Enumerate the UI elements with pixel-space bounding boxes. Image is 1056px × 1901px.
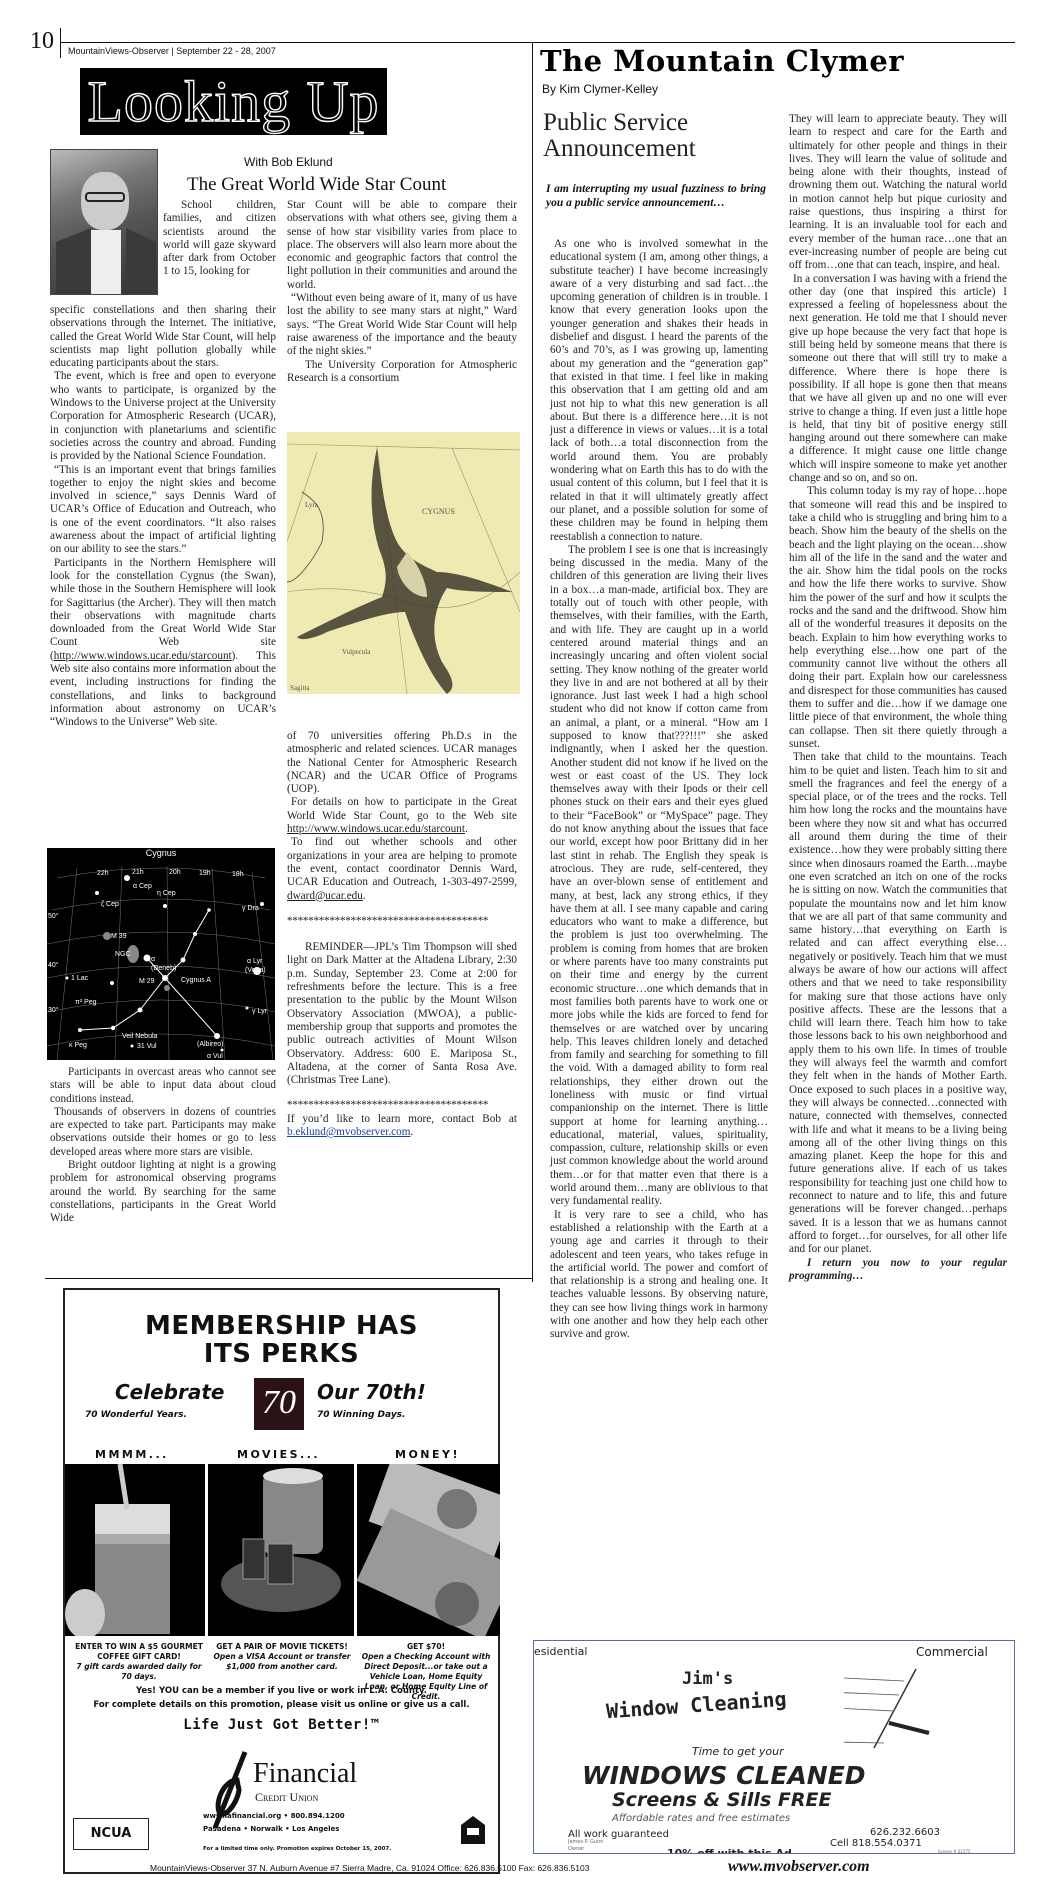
svg-text:Cygnus A: Cygnus A (181, 977, 211, 984)
svg-text:22h: 22h (97, 870, 109, 877)
ad-subhead: Screens & Sills FREE (612, 1789, 831, 1811)
category-label: MOVIES... (237, 1448, 320, 1461)
article-body-middle-bottom: of 70 universities offering Ph.D.s in th… (287, 730, 517, 1139)
paragraph: In a conversation I was having with a fr… (789, 273, 1007, 486)
ad-headline: ITS PERKS (65, 1340, 498, 1368)
cell-number: Cell 818.554.0371 (830, 1838, 922, 1849)
category-label: MMMM... (95, 1448, 169, 1461)
svg-text:(Deneb): (Deneb) (151, 965, 176, 972)
svg-text:M 29: M 29 (139, 978, 155, 985)
svg-text:1 Lac: 1 Lac (71, 975, 89, 982)
brand-name: Financial (253, 1758, 357, 1790)
banner-title: Looking Up (88, 73, 380, 131)
bob-email-link[interactable]: b.eklund@mvobserver.com (287, 1126, 410, 1138)
svg-text:21h: 21h (132, 869, 144, 876)
paragraph: specific constellations and then sharing… (50, 304, 276, 370)
separator: ************************************** (287, 915, 517, 928)
paragraph: “This is an important event that brings … (50, 464, 276, 557)
cygnus-engraving-image: LyraCYGNUSVulpeculaSagitta (287, 432, 520, 694)
byline: With Bob Eklund (244, 155, 333, 169)
window-cleaning-advertisement[interactable]: esidential Commercial Jim's Window Clean… (533, 1640, 1015, 1854)
article-body-beside-photo: School children, families, and citizen s… (163, 199, 276, 279)
paragraph: They will learn to appreciate beauty. Th… (789, 113, 1007, 273)
popcorn-image (208, 1464, 354, 1636)
our70-sub: 70 Winning Days. (317, 1410, 405, 1420)
article-body-left: specific constellations and then sharing… (50, 304, 276, 730)
credit-union-advertisement[interactable]: MEMBERSHIP HAS ITS PERKS Celebrate 70 Wo… (63, 1288, 500, 1874)
starcount-link-2[interactable]: http://www.windows.ucar.edu/starcount (287, 823, 465, 835)
our70-text: Our 70th! (317, 1380, 426, 1404)
equal-housing-icon (460, 1815, 486, 1845)
paragraph: Participants in the Northern Hemisphere … (50, 557, 276, 730)
slogan: Life Just Got Better!™ (65, 1717, 498, 1733)
svg-text:Vulpecula: Vulpecula (342, 648, 371, 656)
paragraph: Thousands of observers in dozens of coun… (50, 1106, 276, 1159)
author-photo (50, 149, 158, 295)
money-image (357, 1464, 500, 1636)
ncua-logo: NCUA (73, 1818, 149, 1850)
paragraph: This column today is my ray of hope…hope… (789, 485, 1007, 751)
discount-line: 10% off with this Ad (667, 1847, 792, 1854)
license-number: license # 61575 (938, 1849, 971, 1854)
svg-text:α Vul: α Vul (207, 1053, 223, 1060)
dward-email-link[interactable]: dward@ucar.edu (287, 890, 363, 902)
offer-movies: GET A PAIR OF MOVIE TICKETS!Open a VISA … (213, 1642, 351, 1672)
svg-text:γ Lyr: γ Lyr (252, 1008, 268, 1015)
column-banner: Looking Up (80, 68, 387, 135)
paragraph: Star Count will be able to compare their… (287, 199, 517, 292)
paragraph: The University Corporation for Atmospher… (287, 359, 517, 386)
svg-text:(Vega): (Vega) (245, 967, 266, 974)
svg-text:α Cep: α Cep (133, 883, 152, 890)
header-rule (60, 42, 1015, 43)
svg-text:40°: 40° (48, 961, 59, 969)
paragraph: As one who is involved somewhat in the e… (550, 238, 768, 544)
svg-text:κ Peg: κ Peg (69, 1042, 87, 1049)
footer-website-link[interactable]: www.mvobserver.com (728, 1858, 870, 1876)
headline: The Great World Wide Star Count (187, 174, 446, 196)
article-body-psa-1: As one who is involved somewhat in the e… (550, 238, 768, 1342)
svg-text:Lyra: Lyra (305, 501, 319, 509)
fine-print: For a limited time only. Promotion expir… (203, 1846, 391, 1852)
svg-text:γ Dra: γ Dra (242, 905, 259, 912)
paragraph: If you’d like to learn more, contact Bob… (287, 1113, 517, 1140)
ad-headline: MEMBERSHIP HAS (65, 1312, 498, 1340)
svg-text:α: α (151, 956, 155, 963)
paragraph: The event, which is free and open to eve… (50, 370, 276, 463)
column-divider (532, 42, 533, 1282)
svg-text:Sagitta: Sagitta (290, 684, 310, 692)
reminder-paragraph: REMINDER—JPL’s Tim Thompson will shed li… (287, 941, 517, 1087)
section-divider (45, 1278, 532, 1279)
article-body-psa-2: They will learn to appreciate beauty. Th… (789, 113, 1007, 1283)
coffee-cup-image (65, 1464, 205, 1636)
paragraph: For details on how to participate in the… (287, 796, 517, 836)
paragraph: Participants in overcast areas who canno… (50, 1066, 276, 1106)
residential-label: esidential (534, 1645, 587, 1658)
tagline: Time to get your (692, 1745, 784, 1758)
membership-line: Yes! YOU can be a member if you live or … (65, 1686, 498, 1696)
celebrate-sub: 70 Wonderful Years. (85, 1410, 187, 1420)
article-outro: I return you now to your regular program… (789, 1257, 1007, 1284)
seventy-logo: 70 (254, 1378, 304, 1430)
svg-text:30°: 30° (48, 1006, 59, 1014)
svg-text:18h: 18h (232, 871, 244, 878)
squeegee-icon (844, 1663, 954, 1753)
paragraph: It is very rare to see a child, who has … (550, 1209, 768, 1342)
svg-text:19h: 19h (199, 870, 211, 877)
svg-text:α Lyr: α Lyr (247, 958, 263, 965)
paragraph: Bright outdoor lighting at night is a gr… (50, 1159, 276, 1225)
celebrate-text: Celebrate (115, 1380, 224, 1404)
cygnus-star-chart: Cygnus 22h21h20h19h18h 50°40°30° α Cepη … (47, 848, 275, 1060)
details-line: For complete details on this promotion, … (65, 1700, 498, 1710)
paragraph: To find out whether schools and other or… (287, 836, 517, 902)
svg-text:(Albireo): (Albireo) (197, 1041, 223, 1048)
brand-name: Jim's (682, 1669, 733, 1689)
page-number: 10 (30, 28, 54, 55)
column-title: The Mountain Clymer (540, 44, 904, 78)
commercial-label: Commercial (916, 1645, 988, 1659)
brand-subtitle: Credit Union (255, 1790, 318, 1805)
svg-text:20h: 20h (169, 869, 181, 876)
owner-name: James P. Gunn (568, 1839, 603, 1845)
article-title: Public Service Announcement (543, 110, 743, 162)
publication-line: MountainViews-Observer | September 22 - … (68, 46, 276, 56)
svg-text:CYGNUS: CYGNUS (422, 507, 455, 516)
offer-coffee: ENTER TO WIN A $5 GOURMET COFFEE GIFT CA… (73, 1642, 205, 1682)
svg-text:η Cep: η Cep (157, 890, 176, 897)
paragraph: School children, families, and citizen s… (163, 199, 276, 279)
paragraph: The problem I see is one that is increas… (550, 544, 768, 1209)
svg-text:ζ Cep: ζ Cep (101, 901, 119, 908)
rates-line: Affordable rates and free estimates (612, 1813, 790, 1824)
paragraph: “Without even being aware of it, many of… (287, 292, 517, 358)
svg-text:NGC: NGC (115, 951, 131, 958)
locations-line: Pasadena • Norwalk • Los Angeles (203, 1825, 339, 1833)
svg-text:Veil Nebula: Veil Nebula (122, 1033, 158, 1040)
footer-address: MountainViews-Observer 37 N. Auburn Aven… (150, 1863, 589, 1873)
article-body-left-bottom: Participants in overcast areas who canno… (50, 1066, 276, 1226)
ad-headline: WINDOWS CLEANED (582, 1761, 866, 1790)
category-label: MONEY! (395, 1448, 460, 1461)
article-body-middle: Star Count will be able to compare their… (287, 199, 517, 385)
svg-text:π² Peg: π² Peg (75, 999, 97, 1006)
separator: ************************************** (287, 1099, 517, 1112)
header-divider (60, 28, 61, 58)
starcount-link[interactable]: http://www.windows.ucar.edu/starcount (54, 650, 232, 662)
phone-number: 626.232.6603 (870, 1827, 940, 1838)
svg-text:M 39: M 39 (111, 933, 127, 940)
article-intro: I am interrupting my usual fuzziness to … (546, 183, 766, 210)
svg-text:50°: 50° (48, 912, 59, 920)
contact-line: www.lafinancial.org • 800.894.1200 (203, 1812, 345, 1820)
owner-title: Owner (568, 1846, 584, 1852)
paragraph: Then take that child to the mountains. T… (789, 751, 1007, 1256)
brand-tagline: Window Cleaning (605, 1687, 787, 1724)
paragraph: of 70 universities offering Ph.D.s in th… (287, 730, 517, 796)
svg-text:31 Vul: 31 Vul (137, 1043, 157, 1050)
byline: By Kim Clymer-Kelley (542, 82, 658, 96)
